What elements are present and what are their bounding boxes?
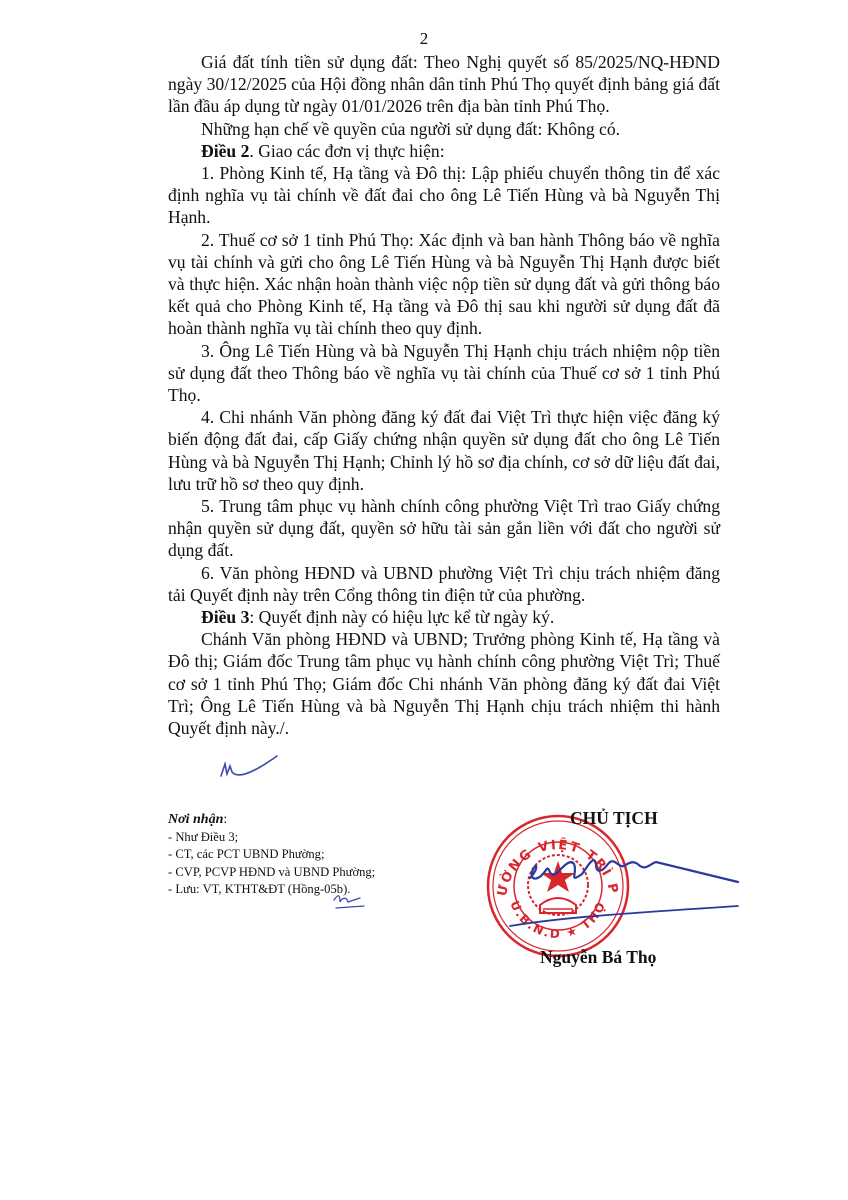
handwritten-signature-icon <box>490 808 740 948</box>
article-2-item-5: 5. Trung tâm phục vụ hành chính công phư… <box>168 495 720 562</box>
recipients-list: Nơi nhận: - Như Điều 3; - CT, các PCT UB… <box>168 811 448 899</box>
recipients-title: Nơi nhận: <box>168 811 448 829</box>
handwritten-initial-icon <box>215 752 285 782</box>
signer-name: Nguyễn Bá Thọ <box>540 947 656 968</box>
article-2-item-3: 3. Ông Lê Tiến Hùng và bà Nguyễn Thị Hạn… <box>168 340 720 407</box>
document-body: Giá đất tính tiền sử dụng đất: Theo Nghị… <box>168 51 720 739</box>
article-2-item-1: 1. Phòng Kinh tế, Hạ tầng và Đô thị: Lập… <box>168 162 720 229</box>
recipient-item: - Lưu: VT, KTHT&ĐT (Hồng-05b). <box>168 881 448 899</box>
recipient-item: - CVP, PCVP HĐND và UBND Phường; <box>168 864 448 882</box>
article-2-item-2: 2. Thuế cơ sở 1 tỉnh Phú Thọ: Xác định v… <box>168 229 720 340</box>
recipient-item: - CT, các PCT UBND Phường; <box>168 846 448 864</box>
paragraph-land-price: Giá đất tính tiền sử dụng đất: Theo Nghị… <box>168 51 720 118</box>
article-3-heading: Điều 3: Quyết định này có hiệu lực kể từ… <box>168 606 720 628</box>
page-number: 2 <box>0 29 848 49</box>
article-3-executors: Chánh Văn phòng HĐND và UBND; Trưởng phò… <box>168 628 720 739</box>
recipient-item: - Như Điều 3; <box>168 829 448 847</box>
article-2-item-6: 6. Văn phòng HĐND và UBND phường Việt Tr… <box>168 562 720 606</box>
paragraph-restrictions: Những hạn chế về quyền của người sử dụng… <box>168 118 720 140</box>
article-2-item-4: 4. Chi nhánh Văn phòng đăng ký đất đai V… <box>168 406 720 495</box>
article-2-heading: Điều 2. Giao các đơn vị thực hiện: <box>168 140 720 162</box>
handwritten-initial-icon <box>330 890 370 912</box>
